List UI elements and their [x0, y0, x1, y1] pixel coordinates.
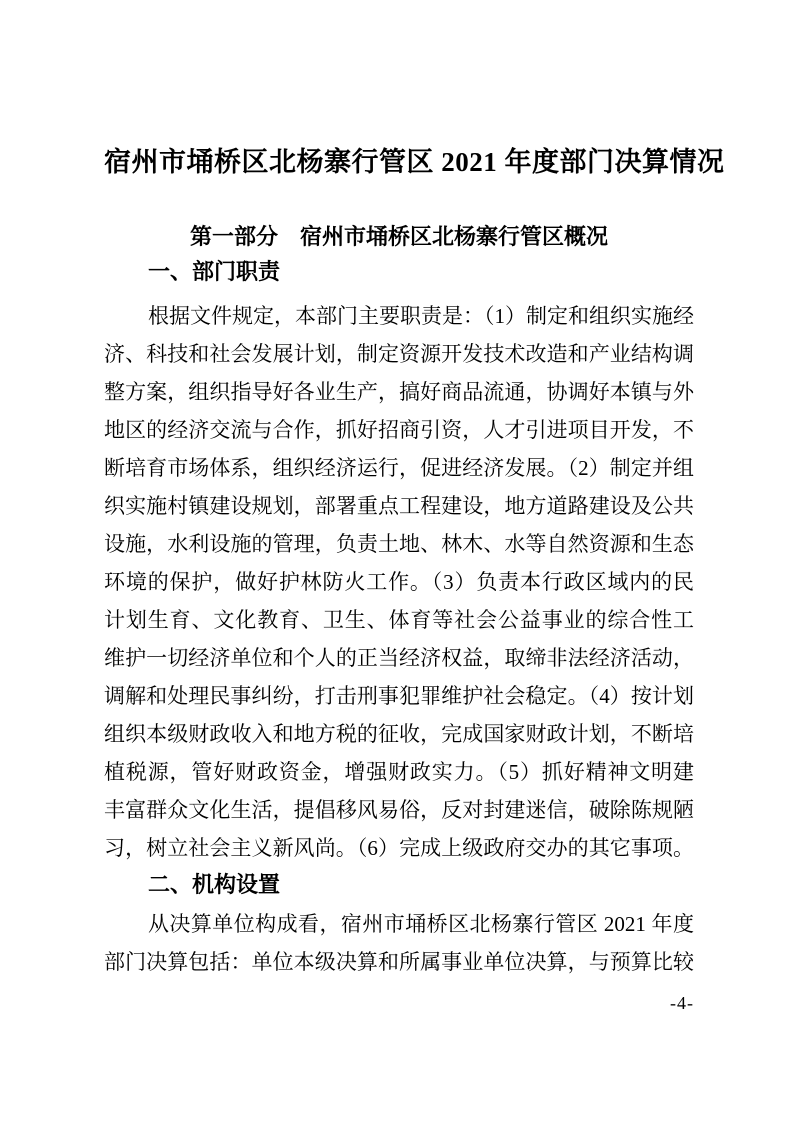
body-line: 织实施村镇建设规划，部署重点工程建设，地方道路建设及公共 — [104, 487, 694, 525]
body-line: 植税源，管好财政资金，增强财政实力。（5）抓好精神文明建设， — [104, 753, 694, 791]
body-line: 地区的经济交流与合作，抓好招商引资，人才引进项目开发，不 — [104, 411, 694, 449]
body-line: 维护一切经济单位和个人的正当经济权益，取缔非法经济活动， — [104, 639, 694, 677]
body-line: 计划生育、文化教育、卫生、体育等社会公益事业的综合性工作， — [104, 601, 694, 639]
body-line: 设施，水利设施的管理，负责土地、林木、水等自然资源和生态 — [104, 525, 694, 563]
body-line: 部门决算包括：单位本级决算和所属事业单位决算，与预算比较 — [104, 943, 694, 981]
body-line: 习，树立社会主义新风尚。（6）完成上级政府交办的其它事项。 — [104, 829, 694, 867]
document-title: 宿州市埇桥区北杨寨行管区 2021 年度部门决算情况 — [104, 146, 694, 178]
body-line: 组织本级财政收入和地方税的征收，完成国家财政计划，不断培 — [104, 715, 694, 753]
section-heading-organization: 二、机构设置 — [104, 872, 694, 898]
body-line: 济、科技和社会发展计划，制定资源开发技术改造和产业结构调 — [104, 335, 694, 373]
body-line: 从决算单位构成看，宿州市埇桥区北杨寨行管区 2021 年度 — [104, 905, 694, 943]
organization-paragraph: 从决算单位构成看，宿州市埇桥区北杨寨行管区 2021 年度 部门决算包括：单位本… — [104, 905, 694, 981]
section-heading-duties: 一、部门职责 — [104, 259, 694, 285]
duties-paragraph: 根据文件规定，本部门主要职责是：（1）制定和组织实施经 济、科技和社会发展计划，… — [104, 297, 694, 867]
part-one-heading: 第一部分 宿州市埇桥区北杨寨行管区概况 — [104, 224, 694, 250]
body-line: 环境的保护，做好护林防火工作。（3）负责本行政区域内的民政、 — [104, 563, 694, 601]
body-line: 断培育市场体系，组织经济运行，促进经济发展。（2）制定并组 — [104, 449, 694, 487]
body-line: 调解和处理民事纠纷，打击刑事犯罪维护社会稳定。（4）按计划 — [104, 677, 694, 715]
body-line: 丰富群众文化生活，提倡移风易俗，反对封建迷信，破除陈规陋 — [104, 791, 694, 829]
document-page: 宿州市埇桥区北杨寨行管区 2021 年度部门决算情况 第一部分 宿州市埇桥区北杨… — [0, 0, 793, 1122]
body-line: 根据文件规定，本部门主要职责是：（1）制定和组织实施经 — [104, 297, 694, 335]
body-line: 整方案，组织指导好各业生产，搞好商品流通，协调好本镇与外 — [104, 373, 694, 411]
page-number: -4- — [104, 992, 694, 1014]
